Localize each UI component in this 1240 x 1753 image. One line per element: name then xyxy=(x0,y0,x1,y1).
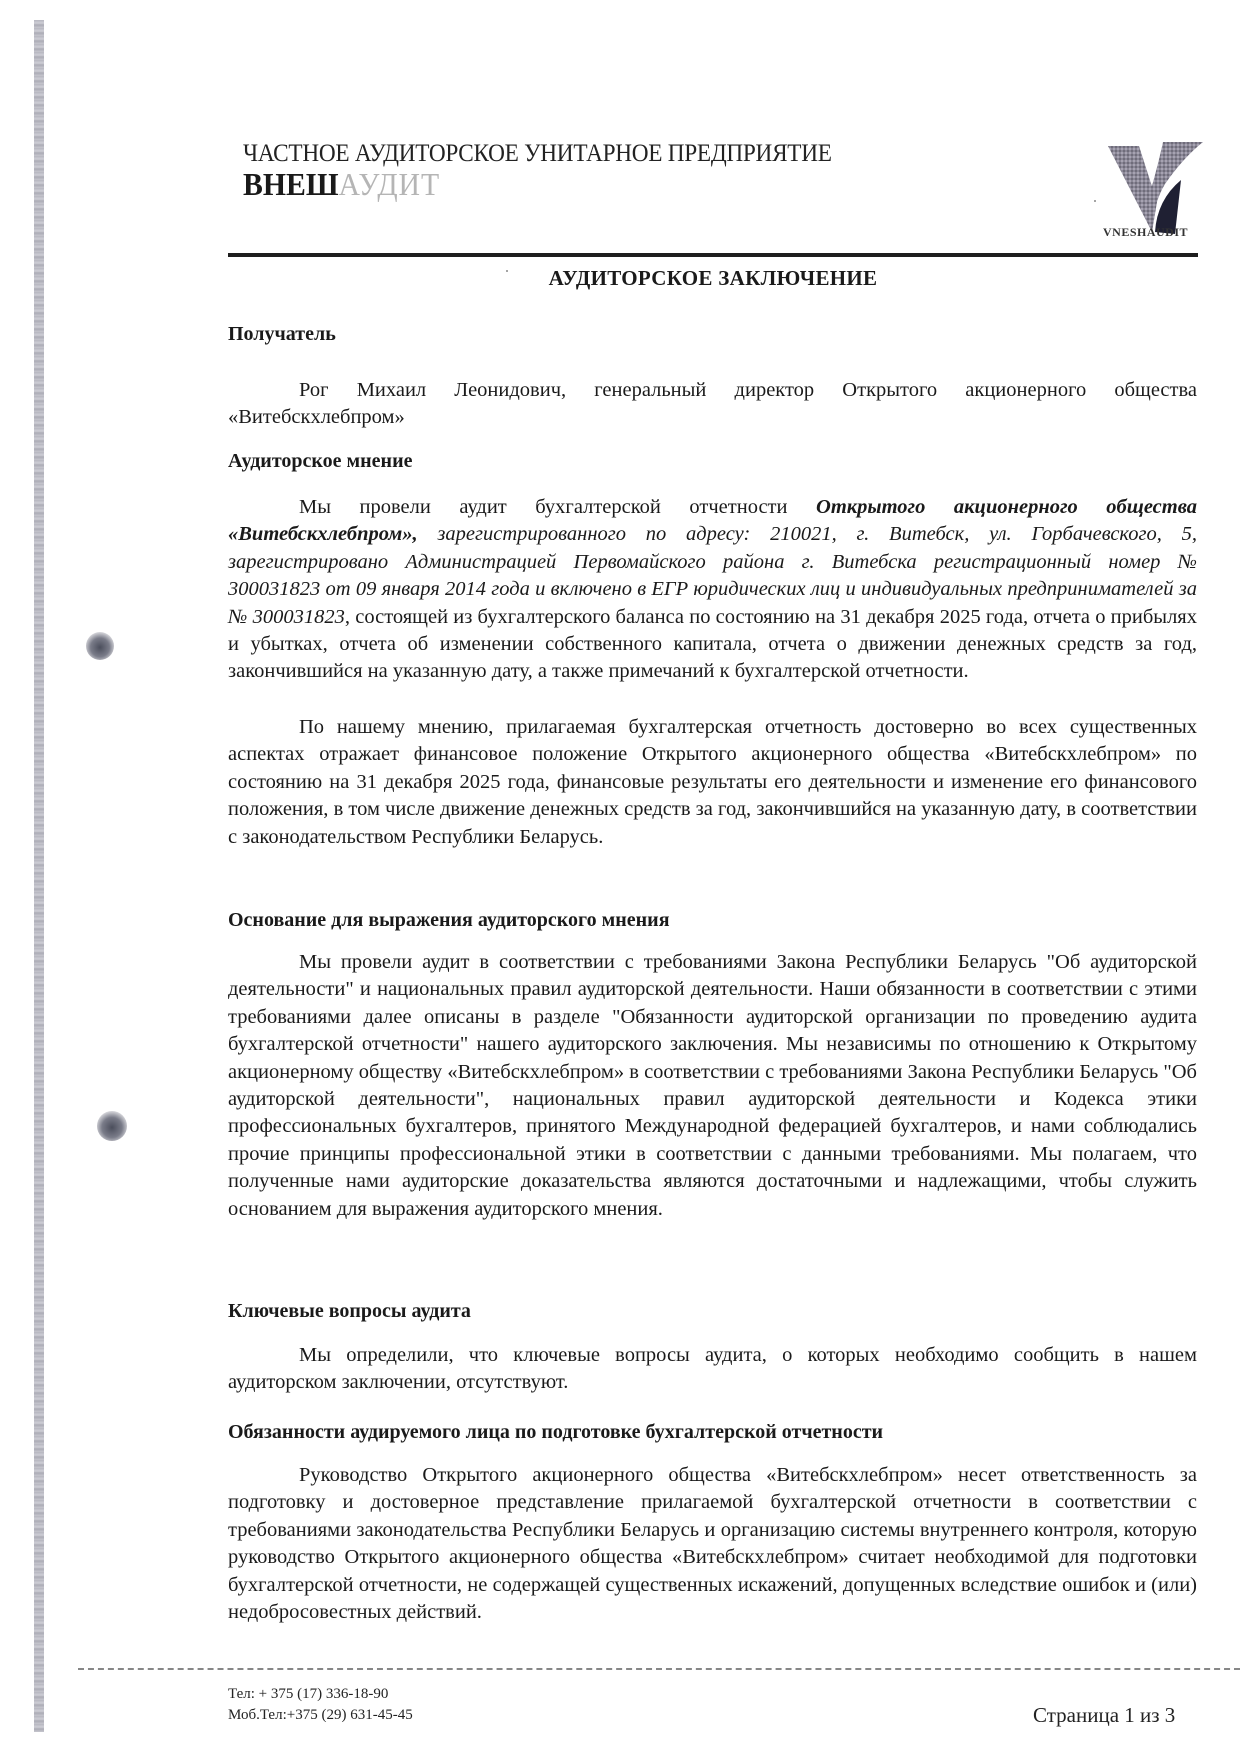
key-matters-text: Мы определили, что ключевые вопросы ауди… xyxy=(228,1344,1197,1393)
basis-text: Мы провели аудит в соответствии с требов… xyxy=(228,951,1197,1220)
section-heading-opinion: Аудиторское мнение xyxy=(228,450,412,473)
org-name: ВНЕШАУДИТ xyxy=(243,166,440,203)
scan-speck xyxy=(1094,200,1096,202)
section-heading-basis: Основание для выражения аудиторского мне… xyxy=(228,909,670,932)
basis-paragraph: Мы провели аудит в соответствии с требов… xyxy=(228,949,1197,1223)
opinion-tail: , состоящей из бухгалтерского баланса по… xyxy=(228,606,1197,683)
recipient-text: Рог Михаил Леонидович, генеральный дирек… xyxy=(228,379,1197,428)
header-divider xyxy=(228,253,1198,257)
responsibilities-paragraph: Руководство Открытого акционерного общес… xyxy=(228,1462,1197,1626)
footer-phone: Тел: + 375 (17) 336-18-90 xyxy=(228,1686,388,1703)
opinion-lead: Мы провели аудит бухгалтерской отчетност… xyxy=(299,496,816,518)
org-type: ЧАСТНОЕ АУДИТОРСКОЕ УНИТАРНОЕ ПРЕДПРИЯТИ… xyxy=(243,140,832,168)
recipient-paragraph: Рог Михаил Леонидович, генеральный дирек… xyxy=(228,377,1197,432)
document-title: АУДИТОРСКОЕ ЗАКЛЮЧЕНИЕ xyxy=(228,266,1198,291)
opinion-text-2: По нашему мнению, прилагаемая бухгалтерс… xyxy=(228,716,1197,848)
key-matters-paragraph: Мы определили, что ключевые вопросы ауди… xyxy=(228,1342,1197,1397)
responsibilities-text: Руководство Открытого акционерного общес… xyxy=(228,1464,1197,1623)
punch-hole-mark xyxy=(97,1111,127,1141)
org-name-bold: ВНЕШ xyxy=(243,166,339,202)
punch-hole-mark xyxy=(86,632,114,660)
section-heading-recipient: Получатель xyxy=(228,323,336,346)
org-name-light: АУДИТ xyxy=(339,166,441,202)
footer-divider xyxy=(78,1668,1240,1670)
section-heading-responsibilities: Обязанности аудируемого лица по подготов… xyxy=(228,1421,883,1444)
footer-mobile: Моб.Тел:+375 (29) 631-45-45 xyxy=(228,1707,413,1724)
scan-edge-stripe xyxy=(34,20,44,1732)
opinion-paragraph-1: Мы провели аудит бухгалтерской отчетност… xyxy=(228,494,1197,686)
logo-text: VNESHAUDIT xyxy=(1103,225,1188,240)
opinion-paragraph-2: По нашему мнению, прилагаемая бухгалтерс… xyxy=(228,714,1197,851)
section-heading-key-matters: Ключевые вопросы аудита xyxy=(228,1300,471,1323)
page-number: Страница 1 из 3 xyxy=(1033,1703,1175,1728)
